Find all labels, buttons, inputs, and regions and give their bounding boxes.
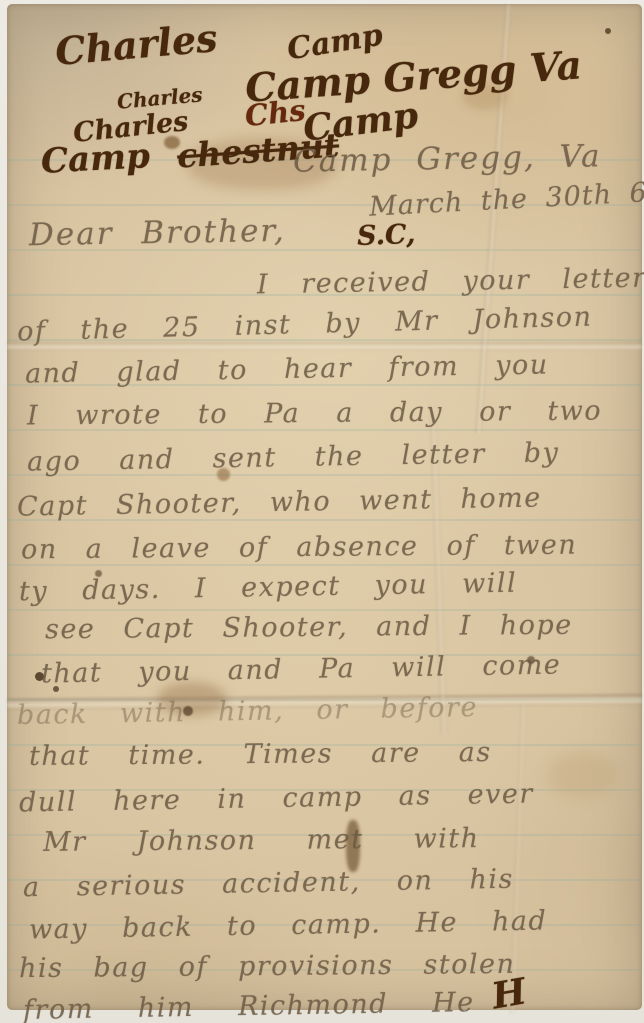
scribble-camp-left: Camp — [40, 139, 150, 179]
scribble-charles-large: Charles — [54, 19, 219, 71]
body-line: on a leave of absence of twen — [21, 532, 577, 564]
ink-dot — [605, 28, 611, 34]
body-line: Mr Johnson met with — [43, 825, 480, 856]
body-line: see Capt Shooter, and I hope — [45, 612, 573, 644]
body-line: back with him, or before — [17, 694, 478, 729]
scribble-chs: Chs — [244, 96, 307, 131]
body-line: I wrote to Pa a day or two — [27, 397, 602, 429]
scribble-charles-small: Charles — [116, 84, 203, 111]
letter-salutation: Dear Brother, — [29, 216, 286, 251]
letter-page: Charles Camp Camp Gregg Va Charles Chs C… — [7, 4, 642, 1010]
body-line: that time. Times are as — [29, 739, 492, 770]
scribble-richmond-flourish: H — [489, 973, 529, 1014]
letter-location-line: Camp Gregg, Va — [293, 141, 602, 177]
body-line: a serious accident, on his — [23, 866, 514, 902]
body-line: from him Richmond He — [23, 989, 475, 1023]
body-line: his bag of provisions stolen — [19, 951, 516, 982]
body-line: I received your letter — [257, 265, 644, 299]
scribble-sc-note: S.C, — [357, 221, 416, 250]
scan-background: Charles Camp Camp Gregg Va Charles Chs C… — [0, 0, 644, 1023]
